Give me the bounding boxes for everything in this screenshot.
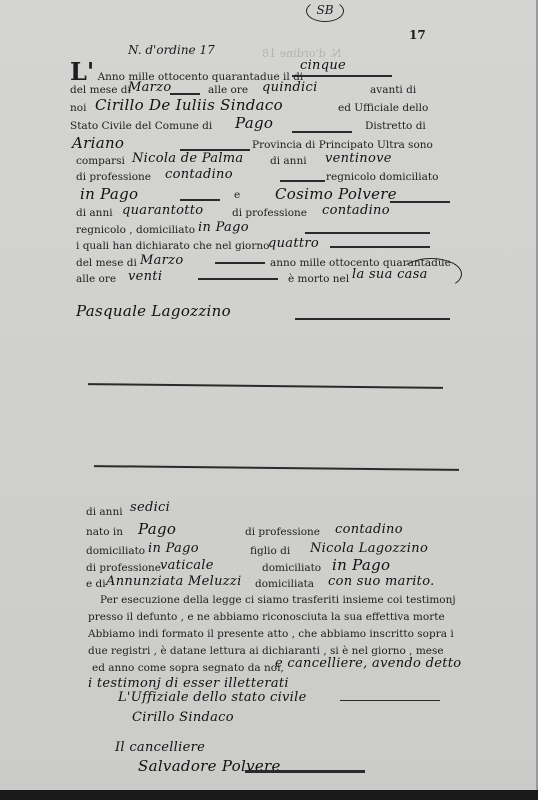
fill-line	[295, 318, 450, 320]
handwritten-deceased-name: Pasquale Lagozzino	[76, 302, 231, 320]
label-domiciled: regnicolo domiciliato	[326, 171, 438, 183]
order-number: N. d'ordine 17	[128, 43, 215, 57]
handwritten-deceased-age: sedici	[130, 500, 170, 515]
handwritten-death-day: quattro	[268, 236, 319, 251]
fill-line	[292, 131, 352, 133]
blank-line	[94, 465, 459, 470]
label-and-of: e di	[86, 578, 106, 590]
label-commune: Stato Civile del Comune di	[70, 120, 212, 132]
fill-line	[170, 93, 200, 95]
label-profession: di professione	[86, 562, 161, 574]
annotation-loop	[400, 258, 462, 290]
fill-line	[180, 199, 220, 201]
label-hour: alle ore	[76, 273, 116, 285]
blank-line	[88, 383, 443, 388]
label-born: nato in	[86, 526, 123, 538]
fill-line	[198, 278, 278, 280]
label-age: di anni	[86, 506, 123, 518]
handwritten-birthplace: Pago	[138, 520, 176, 538]
handwritten-father: Nicola Lagozzino	[310, 541, 428, 556]
label-age: di anni	[270, 155, 307, 167]
handwritten-district: Ariano	[72, 134, 124, 152]
label-domiciled: domiciliata	[255, 578, 314, 590]
handwritten-death-month: Marzo	[140, 253, 183, 268]
handwritten-father-profession: vaticale	[160, 558, 214, 573]
handwritten-declarant-2-domicile: in Pago	[198, 220, 249, 235]
label-died-in: è morto nel	[288, 273, 349, 285]
handwritten-hour: quindici	[262, 80, 318, 95]
fill-line	[215, 262, 265, 264]
document-page: SB 17 N. d'ordine 17 N. d'ordine 18 L' A…	[0, 0, 538, 792]
handwritten-month: Marzo	[128, 80, 171, 95]
official-signature-title: L'Uffiziale dello stato civile	[118, 690, 307, 705]
fill-line	[280, 180, 325, 182]
clerk-signature-title: Il cancelliere	[115, 740, 205, 755]
label-domiciled: domiciliato	[86, 545, 145, 557]
label-appeared: comparsi	[76, 155, 125, 167]
handwritten-declarant-2: Cosimo Polvere	[275, 185, 397, 203]
handwritten-mayor: Cirillo De Iuliis Sindaco	[95, 96, 283, 114]
label-domiciled: regnicolo , domiciliato	[76, 224, 195, 236]
closing-line-2: presso il defunto , e ne abbiamo riconos…	[88, 611, 445, 623]
label-hour: alle ore	[208, 84, 248, 96]
official-signature-name: Cirillo Sindaco	[132, 710, 234, 725]
closing-line-5: ed anno come sopra segnato da noi,	[92, 662, 284, 674]
handwritten-mother: Annunziata Meluzzi	[106, 574, 242, 589]
handwritten-commune: Pago	[235, 114, 273, 132]
dropcap: L'	[70, 57, 94, 86]
label-before: avanti di	[370, 84, 416, 96]
signature-line	[340, 700, 440, 701]
label-age: di anni	[76, 207, 113, 219]
handwritten-declarant-1-profession: contadino	[165, 167, 233, 182]
label-profession: di professione	[245, 526, 320, 538]
label-profession: di professione	[232, 207, 307, 219]
label-province: Provincia di Principato Ultra sono	[252, 139, 433, 151]
handwritten-declarant-2-profession: contadino	[322, 203, 390, 218]
handwritten-deceased-profession: contadino	[335, 522, 403, 537]
handwritten-deceased-domicile: in Pago	[148, 541, 199, 556]
handwritten-declarant-1-domicile: in Pago	[80, 185, 138, 203]
label-month: del mese di	[76, 257, 137, 269]
fill-line	[330, 246, 430, 248]
handwritten-closing-note: e cancelliere, avendo detto	[275, 656, 461, 671]
handwritten-father-domicile: in Pago	[332, 556, 390, 574]
label-declared-day: i quali han dichiarato che nel giorno	[76, 240, 270, 252]
label-domiciled: domiciliato	[262, 562, 321, 574]
fill-line	[390, 201, 450, 203]
label-noi: noi	[70, 102, 86, 114]
stamp-mark: SB	[306, 0, 344, 22]
label-profession: di professione	[76, 171, 151, 183]
handwritten-witness-note: i testimonj di esser illetterati	[88, 676, 289, 691]
closing-line-3: Abbiamo indi formato il presente atto , …	[88, 628, 454, 640]
handwritten-death-hour: venti	[128, 269, 162, 284]
label-official: ed Ufficiale dello	[338, 102, 428, 114]
handwritten-day: cinque	[300, 58, 346, 73]
label-and: e	[234, 189, 240, 201]
page-number: 17	[409, 28, 426, 42]
handwritten-mother-domicile: con suo marito.	[328, 574, 435, 589]
label-district: Distretto di	[365, 120, 426, 132]
closing-line-1: Per esecuzione della legge ci siamo tras…	[100, 594, 456, 606]
scan-border	[0, 790, 538, 800]
label-month: del mese di	[70, 84, 131, 96]
label-son-of: figlio di	[250, 545, 290, 557]
signature-flourish	[245, 770, 365, 773]
handwritten-declarant-1: Nicola de Palma	[132, 151, 243, 166]
fill-line	[305, 232, 430, 234]
fill-line	[292, 75, 392, 77]
handwritten-declarant-1-age: ventinove	[325, 151, 392, 166]
handwritten-declarant-2-age: quarantotto	[122, 203, 203, 218]
